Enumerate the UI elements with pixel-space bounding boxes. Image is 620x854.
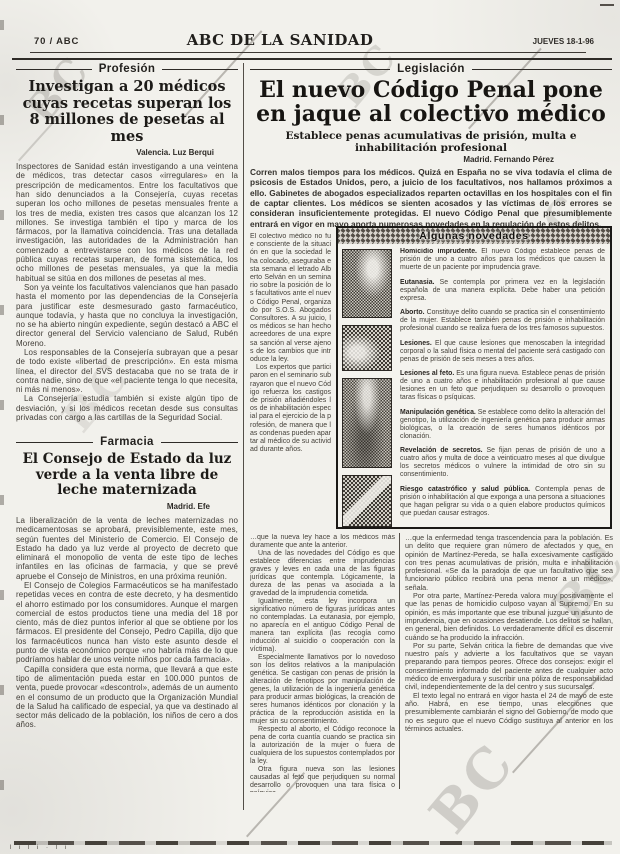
- legislacion-lower-column-right: …que la enfermedad tenga trascendencia p…: [405, 534, 613, 792]
- byline-farmacia: Madrid. Efe: [16, 502, 238, 511]
- body-paragraph: El Consejo de Colegios Farmacéuticos se …: [16, 581, 238, 665]
- body-paragraph: Inspectores de Sanidad están investigand…: [16, 162, 238, 283]
- article-body-profesion: Inspectores de Sanidad están investigand…: [16, 162, 238, 422]
- body-paragraph: Por otra parte, Martínez-Pereda valora m…: [405, 592, 613, 642]
- halftone-illustration: [342, 325, 392, 371]
- subhead-legislacion: Establece penas acumulativas de prisión,…: [250, 130, 612, 154]
- novelty-term: Manipulación genética.: [400, 409, 476, 416]
- body-paragraph: Una de las novedades del Código es que e…: [250, 550, 395, 598]
- novelty-item: Revelación de secretos. Se fijan penas d…: [400, 447, 605, 479]
- novelty-term: Lesiones al feto.: [400, 370, 454, 377]
- halftone-illustration: [342, 378, 392, 468]
- novelties-box: Algunas novedades Homicidio imprudente. …: [336, 226, 612, 529]
- novelty-item: Riesgo catastrófico y salud pública. Con…: [400, 486, 605, 518]
- header-rule-thick: [12, 58, 612, 60]
- page-date: JUEVES 18-1-96: [533, 37, 594, 46]
- body-paragraph: La liberalización de la venta de leches …: [16, 516, 238, 581]
- headline-profesion: Investigan a 20 médicos cuyas recetas su…: [16, 79, 238, 145]
- novelty-item: Homicidio imprudente. El nuevo Código es…: [400, 248, 605, 272]
- novelty-term: Revelación de secretos.: [400, 447, 483, 454]
- left-column: Profesión Investigan a 20 médicos cuyas …: [16, 63, 238, 730]
- novelty-text: Constituye delito cuando se practica sin…: [400, 309, 605, 332]
- body-paragraph: …que la enfermedad tenga trascendencia p…: [405, 534, 613, 592]
- newspaper-page: BC BC BC BC BC BC 70 / ABC ABC DE LA SAN…: [0, 0, 620, 854]
- body-paragraph: Igualmente, esta ley incorpora un signif…: [250, 598, 395, 654]
- legislacion-lower-column-left: …que la nueva ley hace a los médicos más…: [250, 534, 395, 792]
- body-paragraph: Los expertos que participaron en el semi…: [250, 364, 331, 454]
- novelty-item: Eutanasia. Se contempla por primera vez …: [400, 279, 605, 303]
- body-paragraph: La Consejería estudia también si existe …: [16, 394, 238, 422]
- section-header-legislacion: Legislación: [250, 63, 612, 75]
- section-label: Legislación: [397, 63, 465, 75]
- bottom-scan-ticks: l i l i · l i: [10, 845, 69, 851]
- body-paragraph: Son ya veinte los facultativos valencian…: [16, 283, 238, 348]
- legislacion-side-column: El colectivo médico no fue consciente de…: [250, 233, 331, 529]
- novelty-item: Lesiones. El que cause lesiones que meno…: [400, 340, 605, 364]
- body-paragraph: Los responsables de la Consejería subray…: [16, 348, 238, 394]
- header-rule-thin: [30, 52, 586, 53]
- novelty-item: Manipulación genética. Se establece como…: [400, 409, 605, 441]
- scan-edge-marks: [0, 20, 4, 830]
- novelties-box-title: Algunas novedades: [338, 228, 610, 244]
- masthead-title: ABC DE LA SANIDAD: [0, 31, 560, 49]
- byline-legislacion: Madrid. Fernando Pérez: [250, 155, 612, 164]
- body-paragraph: Otra figura nueva son las lesiones causa…: [250, 766, 395, 792]
- novelties-box-art-strip: [338, 244, 395, 527]
- headline-farmacia: El Consejo de Estado da luz verde a la v…: [16, 452, 238, 499]
- body-paragraph: El colectivo médico no fue consciente de…: [250, 233, 331, 364]
- novelty-term: Eutanasia.: [400, 279, 434, 286]
- novelties-box-body: Homicidio imprudente. El nuevo Código es…: [338, 244, 610, 527]
- right-column: Legislación El nuevo Código Penal pone e…: [250, 63, 612, 229]
- novelty-term: Lesiones.: [400, 340, 432, 347]
- farmacia-article: Farmacia El Consejo de Estado da luz ver…: [16, 436, 238, 729]
- article-body-farmacia: La liberalización de la venta de leches …: [16, 516, 238, 730]
- novelty-item: Aborto. Constituye delito cuando se prac…: [400, 309, 605, 333]
- column-divider-lower: [399, 533, 400, 789]
- body-paragraph: …que la nueva ley hace a los médicos más…: [250, 534, 395, 550]
- lead-paragraph: Corren malos tiempos para los médicos. Q…: [250, 167, 612, 229]
- bottom-scan-rule: [14, 841, 612, 845]
- halftone-illustration: [342, 249, 392, 318]
- section-header-profesion: Profesión: [16, 63, 238, 75]
- headline-legislacion: El nuevo Código Penal pone en jaque al c…: [250, 79, 612, 126]
- novelty-term: Aborto.: [400, 309, 425, 316]
- body-paragraph: Especialmente llamativos por lo novedoso…: [250, 654, 395, 726]
- body-paragraph: Por su parte, Selván critica la fiebre d…: [405, 642, 613, 692]
- column-divider-main: [243, 63, 244, 810]
- body-paragraph: Respecto al aborto, el Código reconoce l…: [250, 726, 395, 766]
- section-header-farmacia: Farmacia: [16, 436, 238, 448]
- section-label: Farmacia: [100, 436, 154, 448]
- body-paragraph: El texto legal no entrará en vigor hasta…: [405, 692, 613, 733]
- corner-scan-mark: [600, 4, 614, 6]
- halftone-illustration: [342, 475, 392, 527]
- byline-profesion: Valencia. Luz Berqui: [16, 148, 238, 157]
- novelty-term: Homicidio imprudente.: [400, 248, 477, 255]
- body-paragraph: Capilla considera que esta norma, que ll…: [16, 665, 238, 730]
- novelty-item: Lesiones al feto. Es una figura nueva. E…: [400, 370, 605, 402]
- novelty-term: Riesgo catastrófico y salud pública.: [400, 486, 530, 493]
- novelties-box-items: Homicidio imprudente. El nuevo Código es…: [395, 244, 610, 527]
- section-label: Profesión: [99, 63, 156, 75]
